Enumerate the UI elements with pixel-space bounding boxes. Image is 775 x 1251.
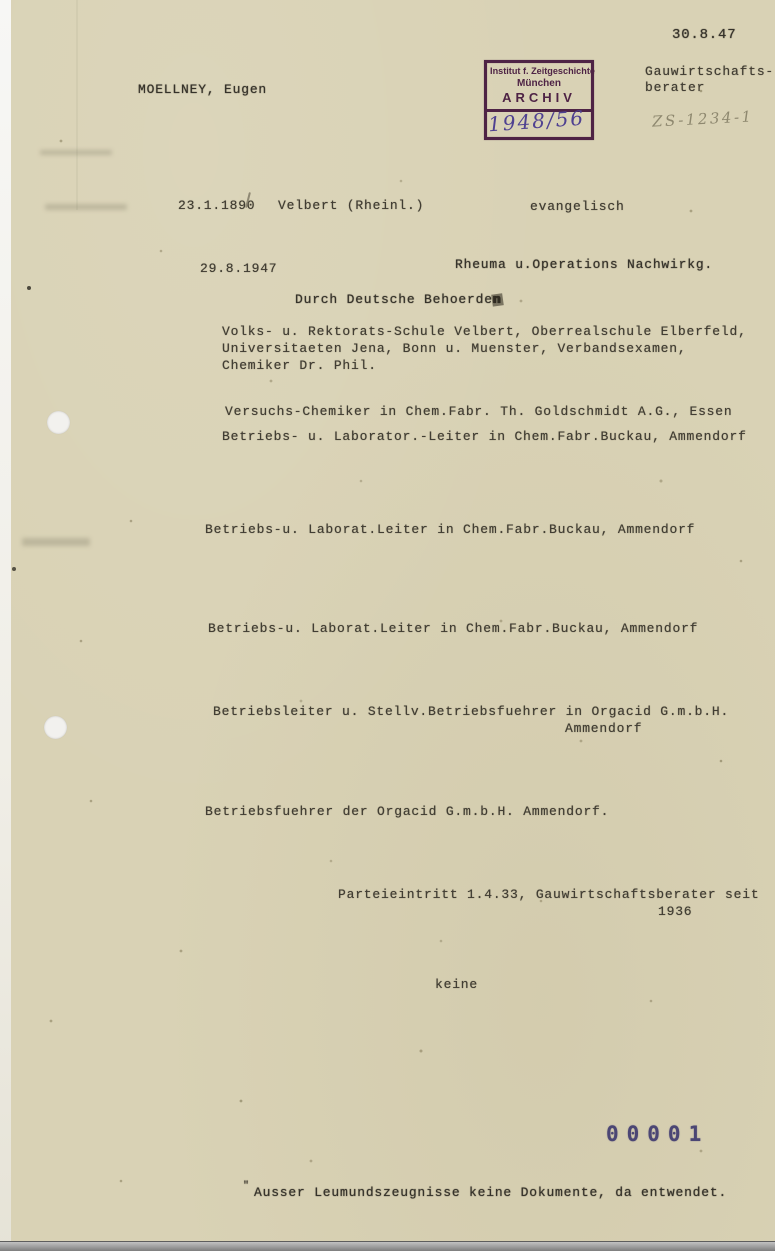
archive-stamp-number-box: 1948/56 xyxy=(487,112,591,137)
subject-name: MOELLNEY, Eugen xyxy=(138,82,267,97)
scan-edge-left xyxy=(0,0,11,1251)
punch-hole-bottom xyxy=(44,716,67,739)
authority-line-text: Durch Deutsche Behoerde xyxy=(295,292,493,307)
paper-smudge xyxy=(40,150,112,155)
archive-stamp: Institut f. Zeitgeschichte München ARCHI… xyxy=(484,60,594,140)
party-line-2: 1936 xyxy=(658,904,692,919)
header-date: 30.8.47 xyxy=(672,27,736,43)
footnote: Ausser Leumundszeugnisse keine Dokumente… xyxy=(254,1185,727,1200)
education-line-3: Chemiker Dr. Phil. xyxy=(222,358,377,373)
archive-stamp-header: Institut f. Zeitgeschichte München ARCHI… xyxy=(487,63,591,112)
archive-stamp-institution: Institut f. Zeitgeschichte xyxy=(490,66,588,77)
career-entry1-line2: Betriebs- u. Laborator.-Leiter in Chem.F… xyxy=(222,429,747,444)
footnote-mark: " xyxy=(243,1181,250,1192)
none-note: keine xyxy=(435,977,478,992)
career-entry3: Betriebs-u. Laborat.Leiter in Chem.Fabr.… xyxy=(208,621,698,636)
birth-place: Velbert (Rheinl.) xyxy=(278,198,424,213)
authority-line: Durch Deutsche Behoerden xyxy=(295,292,501,307)
paper-smudge xyxy=(22,538,90,546)
archive-stamp-city: München xyxy=(488,78,590,89)
career-entry2: Betriebs-u. Laborat.Leiter in Chem.Fabr.… xyxy=(205,522,695,537)
page-number-stamp: 00001 xyxy=(606,1122,709,1146)
career-entry1-line1: Versuchs-Chemiker in Chem.Fabr. Th. Gold… xyxy=(225,404,732,419)
career-entry4-location: Ammendorf xyxy=(565,721,642,736)
party-line-1: Parteieintritt 1.4.33, Gauwirtschaftsber… xyxy=(338,887,759,902)
education-line-1: Volks- u. Rektorats-Schule Velbert, Ober… xyxy=(222,324,747,339)
examination-date: 29.8.1947 xyxy=(200,261,277,276)
paper-crease xyxy=(76,0,78,210)
scan-edge-bottom xyxy=(0,1241,775,1251)
education-line-2: Universitaeten Jena, Bonn u. Muenster, V… xyxy=(222,341,686,356)
career-entry4-line1: Betriebsleiter u. Stellv.Betriebsfuehrer… xyxy=(213,704,729,719)
authority-struck-char: n xyxy=(493,292,502,307)
health-note: Rheuma u.Operations Nachwirkg. xyxy=(455,257,713,272)
role-line-1: Gauwirtschafts- xyxy=(645,64,774,79)
pencil-signature: ZS-1234-1 xyxy=(652,107,754,130)
birth-date: 23.1.1890 xyxy=(178,198,255,213)
archive-stamp-label: ARCHIV xyxy=(488,90,590,105)
paper-smudge xyxy=(45,204,127,210)
role-line-2: berater xyxy=(645,80,705,95)
religion: evangelisch xyxy=(530,199,625,214)
career-entry5: Betriebsfuehrer der Orgacid G.m.b.H. Amm… xyxy=(205,804,609,819)
punch-hole-top xyxy=(47,411,70,434)
scanned-document-page: 30.8.47 MOELLNEY, Eugen Gauwirtschafts- … xyxy=(0,0,775,1251)
